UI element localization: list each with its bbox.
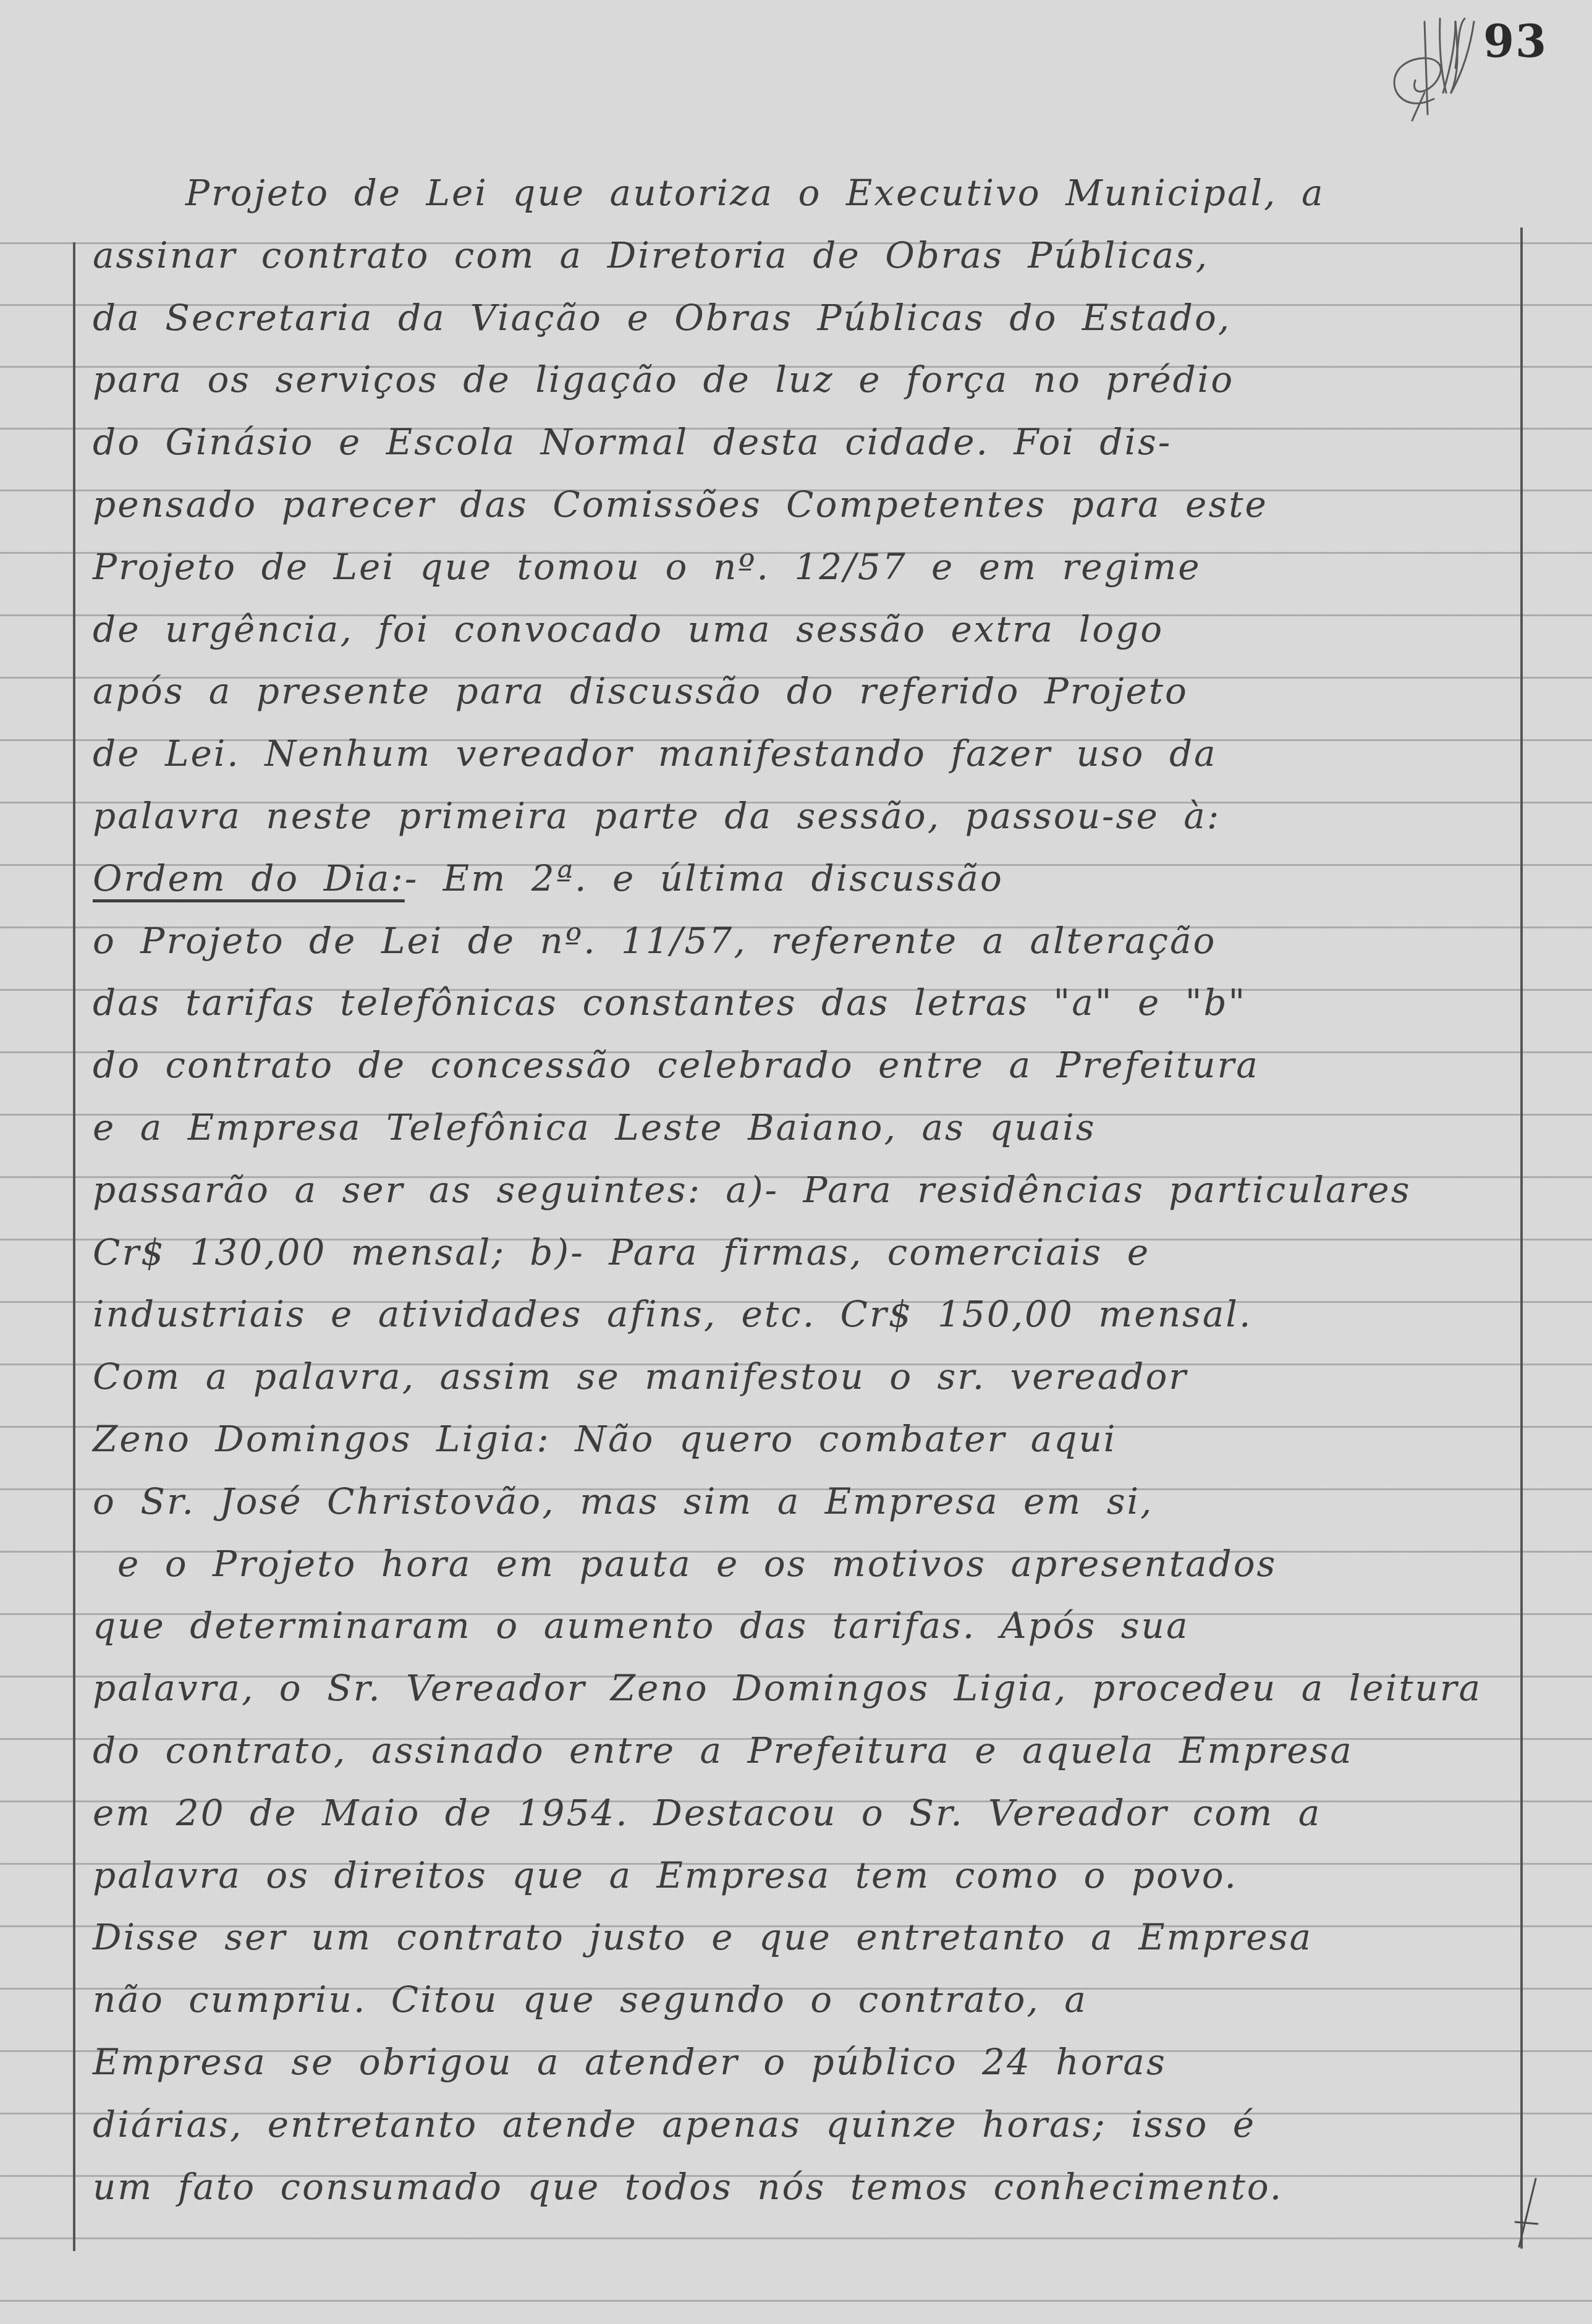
end-of-page-mark-icon [1514, 2176, 1539, 2250]
text-line: Projeto de Lei que autoriza o Executivo … [93, 162, 1520, 224]
section-heading-line: Ordem do Dia:- Em 2ª. e última discussão [93, 847, 1520, 910]
page-number: 93 [1483, 15, 1548, 67]
text-line: Projeto de Lei que tomou o nº. 12/57 e e… [93, 536, 1520, 598]
left-margin-line [73, 242, 75, 2251]
text-line: palavra neste primeira parte da sessão, … [93, 785, 1520, 847]
text-line: palavra os direitos que a Empresa tem co… [93, 1844, 1520, 1907]
section-heading-ordem-do-dia: Ordem do Dia: [93, 857, 405, 899]
text-line: do contrato de concessão celebrado entre… [93, 1034, 1520, 1096]
right-margin-line [1520, 227, 1523, 2249]
text-line: Zeno Domingos Ligia: Não quero combater … [93, 1408, 1520, 1470]
text-line: palavra, o Sr. Vereador Zeno Domingos Li… [93, 1657, 1520, 1720]
text-line: o Sr. José Christovão, mas sim a Empresa… [93, 1470, 1520, 1533]
text-line: diárias, entretanto atende apenas quinze… [93, 2093, 1520, 2156]
text-line: que determinaram o aumento das tarifas. … [93, 1595, 1520, 1657]
text-line: e a Empresa Telefônica Leste Baiano, as … [93, 1096, 1520, 1159]
text-line: pensado parecer das Comissões Competente… [93, 473, 1520, 536]
text-line: das tarifas telefônicas constantes das l… [93, 972, 1520, 1034]
text-line: Disse ser um contrato justo e que entret… [93, 1906, 1520, 1969]
text-line: Empresa se obrigou a atender o público 2… [93, 2031, 1520, 2093]
text-line: Cr$ 130,00 mensal; b)- Para firmas, come… [93, 1221, 1520, 1284]
minutes-text: Projeto de Lei que autoriza o Executivo … [93, 162, 1520, 2218]
text-line: da Secretaria da Viação e Obras Públicas… [93, 287, 1520, 349]
text-line: de urgência, foi convocado uma sessão ex… [93, 598, 1520, 661]
text-line: um fato consumado que todos nós temos co… [93, 2156, 1520, 2218]
text-line: Com a palavra, assim se manifestou o sr.… [93, 1346, 1520, 1408]
ruled-line [0, 2237, 1592, 2239]
text-line: industriais e atividades afins, etc. Cr$… [93, 1283, 1520, 1346]
text-line: passarão a ser as seguintes: a)- Para re… [93, 1159, 1520, 1221]
text-line: de Lei. Nenhum vereador manifestando faz… [93, 723, 1520, 785]
text-line: e o Projeto hora em pauta e os motivos a… [93, 1533, 1520, 1595]
text-line: do Ginásio e Escola Normal desta cidade.… [93, 411, 1520, 473]
ruled-line [0, 2300, 1592, 2302]
text-line: assinar contrato com a Diretoria de Obra… [93, 224, 1520, 287]
scanned-page: 93 Projeto de Lei que autoriza o Executi… [0, 0, 1592, 2324]
text-line: o Projeto de Lei de nº. 11/57, referente… [93, 910, 1520, 972]
text-line: não cumpriu. Citou que segundo o contrat… [93, 1969, 1520, 2031]
rubric-signature-icon [1366, 6, 1477, 124]
text-line: após a presente para discussão do referi… [93, 660, 1520, 723]
text-line-rest: - Em 2ª. e última discussão [405, 857, 1004, 899]
text-line: do contrato, assinado entre a Prefeitura… [93, 1720, 1520, 1782]
text-line: para os serviços de ligação de luz e for… [93, 349, 1520, 411]
text-line: em 20 de Maio de 1954. Destacou o Sr. Ve… [93, 1782, 1520, 1844]
